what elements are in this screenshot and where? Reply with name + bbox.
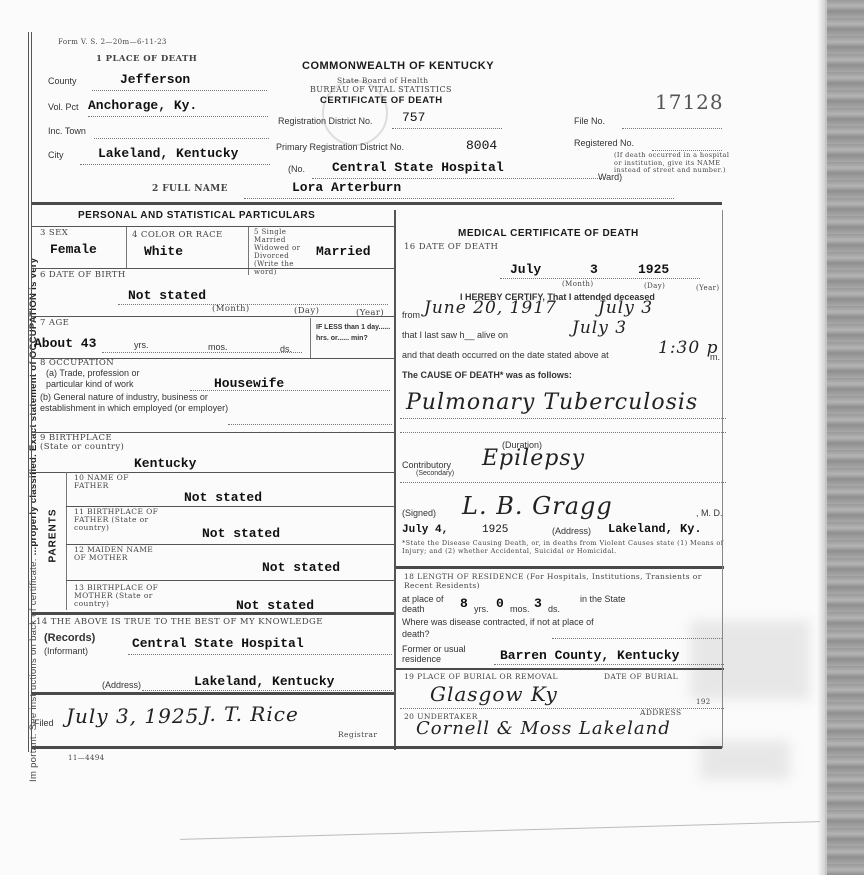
dob-day-label: (Day) <box>294 306 319 316</box>
mother-maiden-label: 12 MAIDEN NAME OF MOTHER <box>74 546 164 562</box>
city-label: City <box>48 150 64 160</box>
burial-date-label: DATE OF BURIAL <box>604 672 678 681</box>
informant-line <box>128 654 392 655</box>
physician-signature: L. B. Gragg <box>462 492 613 520</box>
signed-address-value: Lakeland, Ky. <box>608 522 702 536</box>
commonwealth-title: COMMONWEALTH OF KENTUCKY <box>302 60 494 72</box>
former-residence-value: Barren County, Kentucky <box>500 648 679 663</box>
paper-edge-line <box>180 821 820 840</box>
full-name-line <box>244 198 674 199</box>
contributory-label: Contributory <box>402 460 451 470</box>
personal-section-title: PERSONAL AND STATISTICAL PARTICULARS <box>78 210 315 221</box>
parents-label: PARENTS <box>48 508 59 562</box>
header-divider <box>32 202 722 205</box>
occupation-a-label: (a) Trade, profession or particular kind… <box>46 368 176 390</box>
father-name-label: 10 NAME OF FATHER <box>74 474 134 490</box>
md-label: , M. D. <box>696 508 723 518</box>
county-label: County <box>48 76 77 86</box>
undertaker-value: Cornell & Moss Lakeland <box>416 718 671 739</box>
residence-label: 18 LENGTH OF RESIDENCE (For Hospitals, I… <box>404 572 724 590</box>
father-name-value: Not stated <box>184 490 262 505</box>
residence-months: 0 <box>496 596 504 611</box>
death-year-caption: (Year) <box>696 284 720 292</box>
race-value: White <box>144 244 183 259</box>
race-label: 4 COLOR OR RACE <box>132 230 223 240</box>
former-residence-label: Former or usual residence <box>402 644 492 664</box>
date-of-death-label: 16 DATE OF DEATH <box>404 242 498 252</box>
death-day-caption: (Day) <box>644 282 665 290</box>
dob-value: Not stated <box>128 288 206 303</box>
residence-days: 3 <box>534 596 542 611</box>
mother-maiden-value: Not stated <box>262 560 340 575</box>
records-label: (Records) <box>44 632 95 644</box>
former-residence-line <box>494 664 724 665</box>
informant-value: Central State Hospital <box>132 636 304 651</box>
file-number: 17128 <box>655 90 724 114</box>
in-state-label: in the State <box>580 594 630 604</box>
death-date-line <box>500 278 700 279</box>
medical-section-title: MEDICAL CERTIFICATE OF DEATH <box>458 228 639 239</box>
age-line <box>102 352 302 353</box>
if-less-label: IF LESS than 1 day...... hrs. or...... m… <box>316 322 394 344</box>
full-name-label: 2 FULL NAME <box>152 184 228 194</box>
birthplace-label: 9 BIRTHPLACE (State or country) <box>40 434 130 452</box>
last-saw-label: that I last saw h__ alive on <box>402 330 508 340</box>
divider <box>126 227 127 269</box>
place-of-death-label: 1 PLACE OF DEATH <box>96 54 197 64</box>
divider <box>66 472 67 610</box>
reg-district-label: Registration District No. <box>278 116 373 126</box>
right-border <box>722 210 723 748</box>
signed-year: 1925 <box>482 524 508 536</box>
secondary-label: (Secondary) <box>416 470 454 477</box>
cause-line-2 <box>400 432 726 433</box>
file-no-line <box>622 128 722 129</box>
attended-to: July 3 <box>598 298 653 318</box>
reg-district-value: 757 <box>402 110 425 125</box>
registered-no-label: Registered No. <box>574 138 634 148</box>
occupation-a-line <box>190 390 390 391</box>
father-birthplace-value: Not stated <box>202 526 280 541</box>
mother-birthplace-value: Not stated <box>236 598 314 613</box>
institution-value: Central State Hospital <box>332 160 504 175</box>
board-of-health: State Board of Health <box>337 76 429 85</box>
cause-label: The CAUSE OF DEATH* was as follows: <box>402 370 572 380</box>
county-line <box>92 90 267 91</box>
informant-address-label: (Address) <box>102 680 141 690</box>
attended-from: June 20, 1917 <box>424 298 557 318</box>
form-id: Form V. S. 2—20m—6-11-23 <box>58 38 167 46</box>
sex-label: 3 SEX <box>40 228 68 238</box>
dob-line <box>118 304 388 305</box>
informant-label: (Informant) <box>44 646 88 656</box>
age-mos-label: mos. <box>208 342 228 352</box>
divider <box>32 612 394 615</box>
vol-pct-label: Vol. Pct <box>48 102 79 112</box>
scanner-edge <box>825 0 864 875</box>
inc-town-label: Inc. Town <box>48 126 86 136</box>
occupation-b-label: (b) General nature of industry, business… <box>40 392 230 414</box>
m-label: m. <box>710 352 720 362</box>
divider <box>310 318 311 358</box>
age-yrs-label: yrs. <box>134 340 149 350</box>
occupation-b-line <box>228 424 392 425</box>
primary-reg-label: Primary Registration District No. <box>276 142 404 152</box>
filed-label: Filed <box>34 718 54 728</box>
vol-pct-line <box>88 116 268 117</box>
cause-line <box>400 418 726 419</box>
city-line <box>80 164 270 165</box>
divider <box>66 580 394 581</box>
res-mos-label: mos. <box>510 604 530 614</box>
age-label: 7 AGE <box>40 318 69 328</box>
age-value: About 43 <box>34 336 96 351</box>
reg-district-line <box>392 128 502 129</box>
certificate-title: CERTIFICATE OF DEATH <box>320 95 443 106</box>
res-ds-label: ds. <box>548 604 560 614</box>
contracted-line <box>552 638 722 639</box>
burial-year-label: 192 <box>696 698 711 706</box>
death-occurred-label: and that death occurred on the date stat… <box>402 350 609 360</box>
death-year: 1925 <box>638 262 669 277</box>
registrar-signature: J. T. Rice <box>202 702 299 726</box>
divider <box>32 692 394 695</box>
primary-reg-value: 8004 <box>466 138 497 153</box>
knowledge-label: 14 THE ABOVE IS TRUE TO THE BEST OF MY K… <box>36 617 323 627</box>
hospital-note: (If death occurred in a hospital or inst… <box>614 152 734 175</box>
death-certificate: Form V. S. 2—20m—6-11-23 1 PLACE OF DEAT… <box>28 32 732 752</box>
vol-pct-value: Anchorage, Ky. <box>88 98 197 113</box>
divider <box>32 268 394 269</box>
county-value: Jefferson <box>120 72 190 87</box>
last-saw-value: July 3 <box>572 318 627 338</box>
inc-town-line <box>94 138 269 139</box>
res-yrs-label: yrs. <box>474 604 489 614</box>
bureau-title: BUREAU OF VITAL STATISTICS <box>310 85 452 94</box>
file-no-label: File No. <box>574 116 605 126</box>
occupation-label: 8 OCCUPATION <box>40 358 114 368</box>
footer-code: 11—4494 <box>68 754 105 762</box>
sex-value: Female <box>50 242 97 257</box>
father-birthplace-label: 11 BIRTHPLACE OF FATHER (State or countr… <box>74 508 174 532</box>
informant-address-line <box>142 690 392 691</box>
from-label: from <box>402 310 420 320</box>
birthplace-value: Kentucky <box>134 456 196 471</box>
dob-label: 6 DATE OF BIRTH <box>40 270 126 280</box>
burial-label: 19 PLACE OF BURIAL OR REMOVAL <box>404 672 558 681</box>
residence-years: 8 <box>460 596 468 611</box>
occupation-a-value: Housewife <box>214 376 284 391</box>
cause-of-death: Pulmonary Tuberculosis <box>406 390 698 415</box>
signed-label: (Signed) <box>402 508 436 518</box>
dob-month-label: (Month) <box>212 304 250 314</box>
at-place-label: at place of death <box>402 594 462 614</box>
burial-place: Glasgow Ky <box>430 682 558 706</box>
death-month-caption: (Month) <box>562 280 593 288</box>
bottom-border <box>32 746 722 749</box>
signed-date: July 4, <box>402 524 448 536</box>
divider <box>32 316 394 317</box>
contributory-line <box>400 482 726 483</box>
institution-no-label: (No. <box>288 164 305 174</box>
death-month: July <box>510 262 541 277</box>
signed-address-label: (Address) <box>552 526 591 536</box>
institution-line <box>312 178 602 179</box>
contributory-value: Epilepsy <box>482 446 585 471</box>
full-name-value: Lora Arterburn <box>292 180 401 195</box>
death-day: 3 <box>590 262 598 277</box>
divider <box>32 226 394 227</box>
cause-footnote: *State the Disease Causing Death, or, in… <box>402 540 724 555</box>
mother-birthplace-label: 13 BIRTHPLACE OF MOTHER (State or countr… <box>74 584 174 608</box>
undertaker-address-label: ADDRESS <box>640 708 682 717</box>
filed-date: July 3, 1925 <box>66 704 199 728</box>
registrar-label: Registrar <box>338 730 377 739</box>
marital-value: Married <box>316 244 371 259</box>
divider <box>396 668 724 670</box>
informant-address-value: Lakeland, Kentucky <box>194 674 334 689</box>
city-value: Lakeland, Kentucky <box>98 146 238 161</box>
contracted-label: Where was disease contracted, if not at … <box>402 616 602 640</box>
divider <box>396 566 724 569</box>
